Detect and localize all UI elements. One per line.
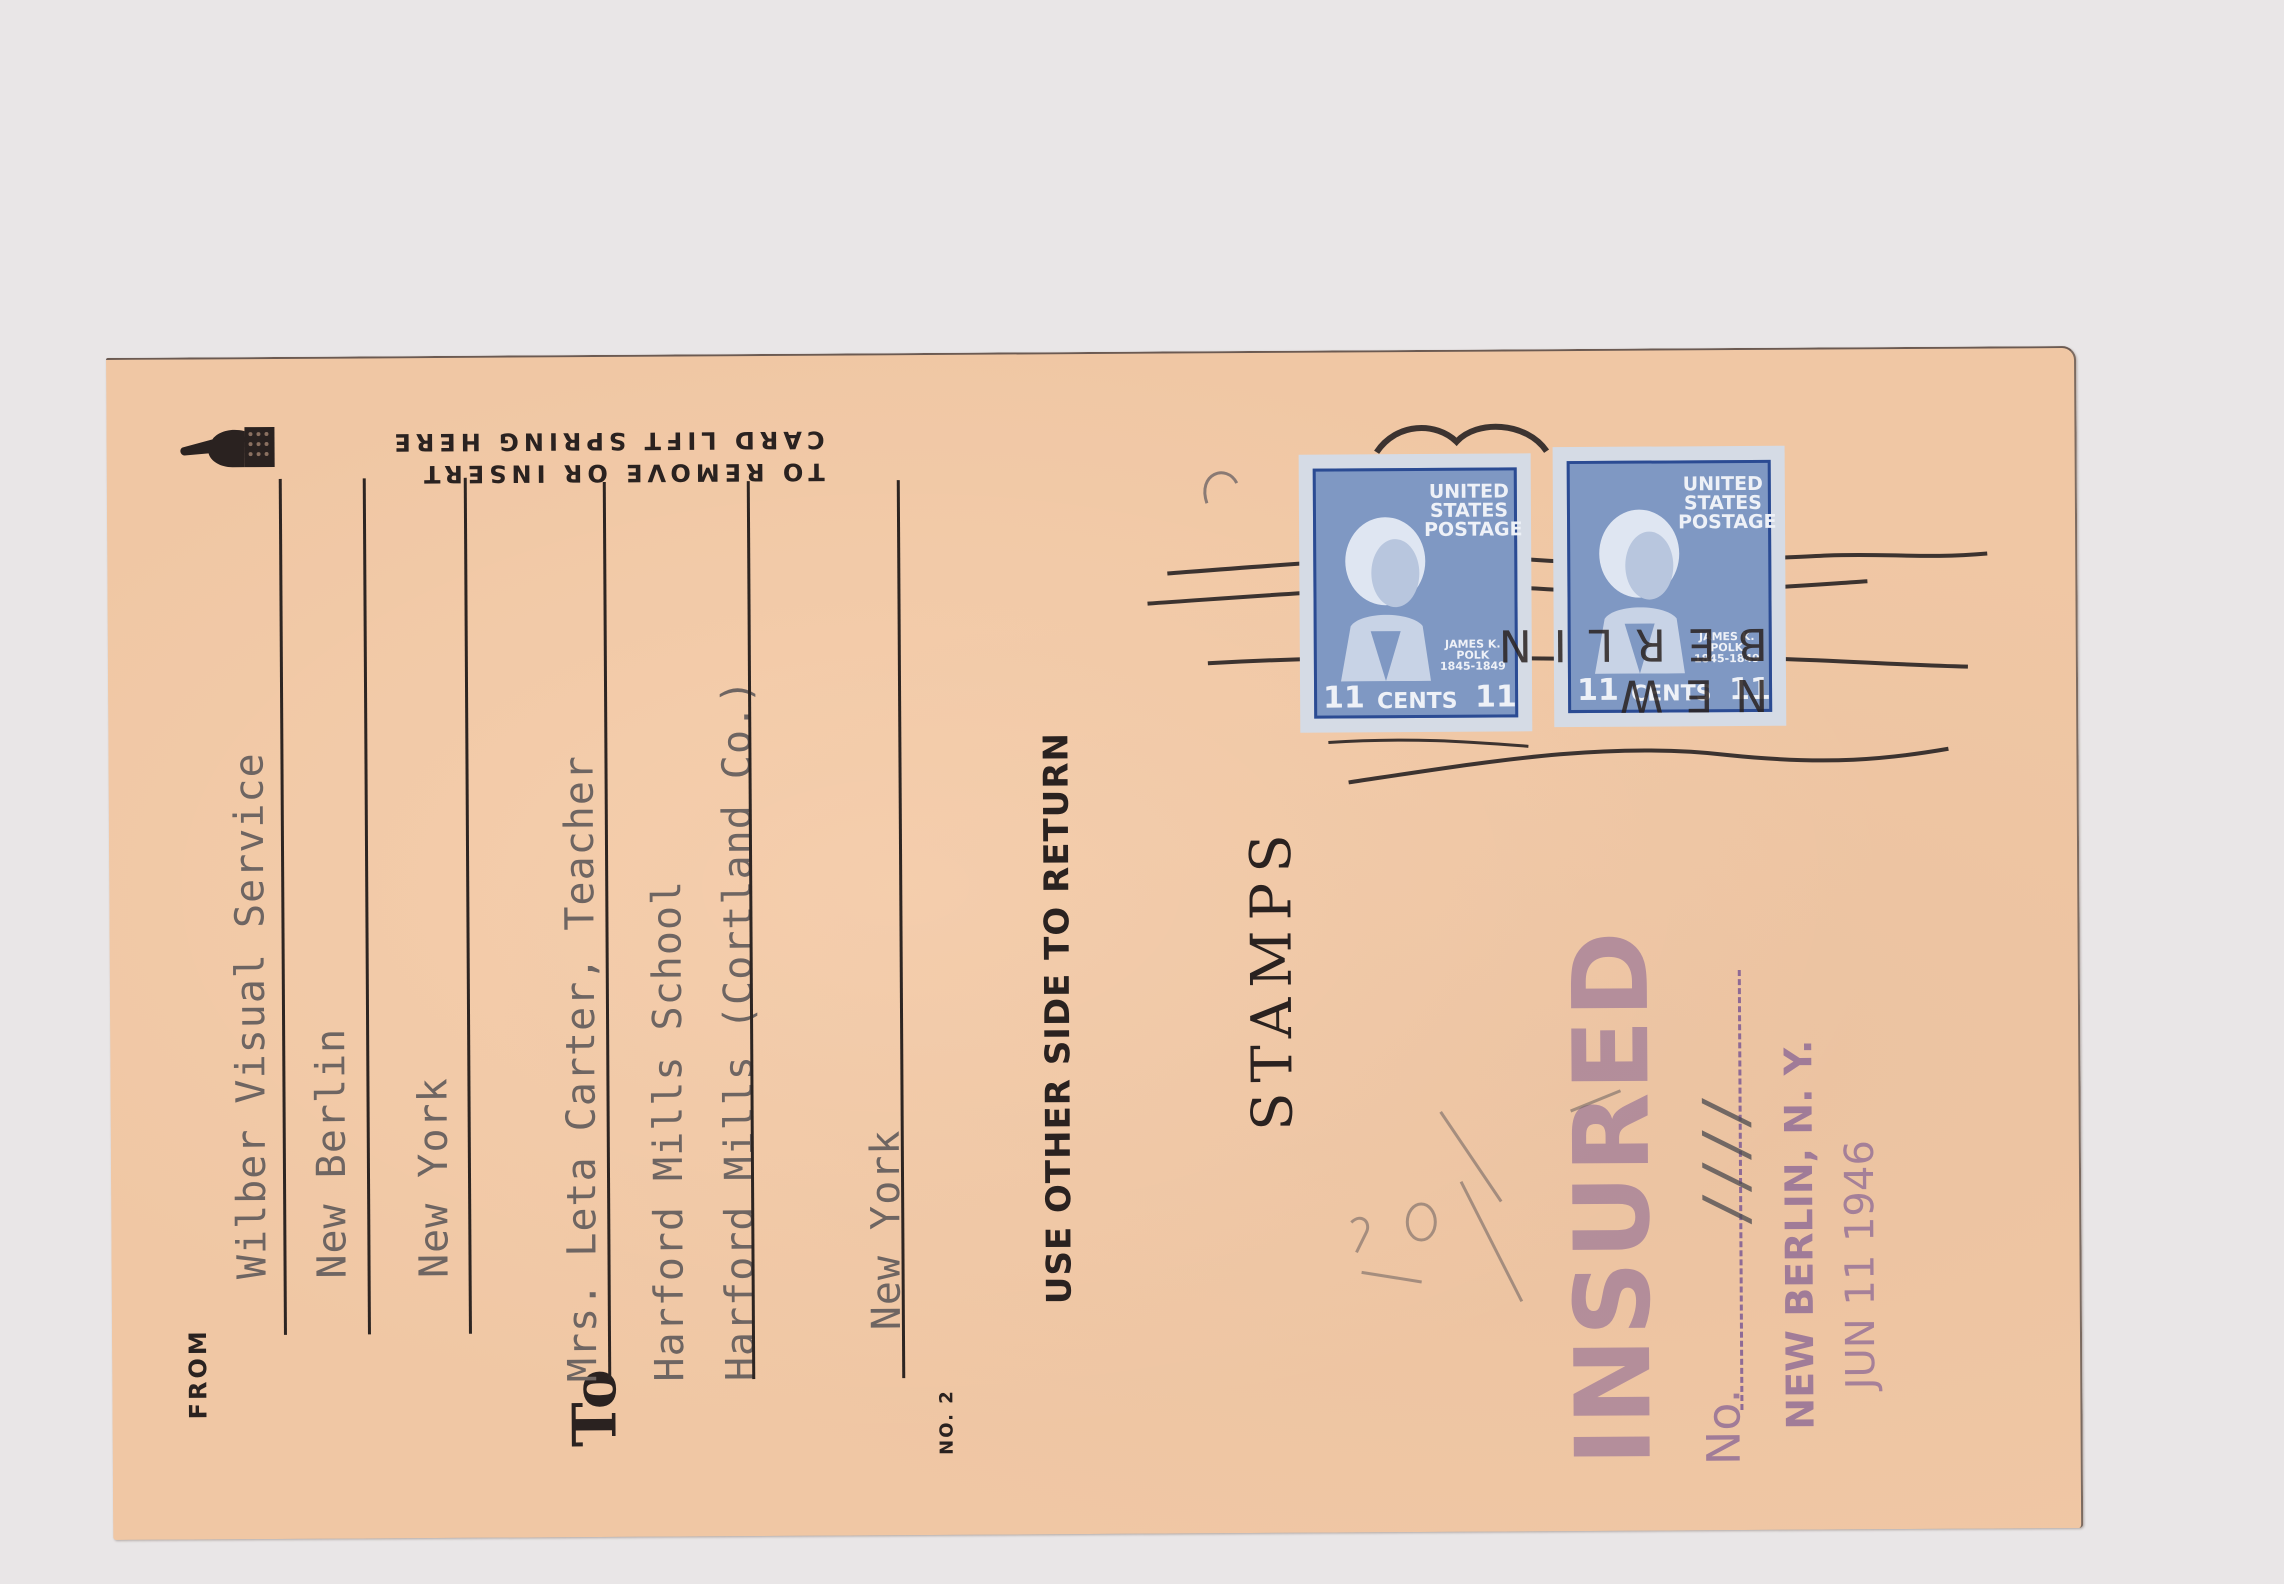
to-line-1: Mrs. Leta Carter, Teacher [556, 755, 606, 1382]
from-rule-2 [363, 478, 371, 1334]
pointing-hand-icon [178, 425, 278, 476]
return-note: USE OTHER SIDE TO RETURN [1036, 732, 1079, 1304]
postcard: TO REMOVE OR INSERT CARD LIFT SPRING HER… [106, 346, 2083, 1540]
to-line-3: Harford Mills (Cortland Co.) [714, 679, 764, 1382]
insured-date: JUN 11 1946 [1837, 1140, 1885, 1389]
insured-office: NEW BERLIN, N. Y. [1776, 1039, 1822, 1429]
stamps-label: STAMPS [1239, 824, 1306, 1131]
cancellation-postmark: NEW BERLIN [1348, 618, 1769, 723]
insured-number-value: //// [1691, 1091, 1762, 1220]
from-line-2: New Berlin [308, 1028, 356, 1279]
form-number: NO. 2 [936, 1389, 957, 1455]
to-line-2: Harford Mills School [644, 880, 693, 1382]
instruction-line-1: TO REMOVE OR INSERT [419, 458, 825, 488]
from-rule-3 [464, 478, 472, 1334]
instruction-line-2: CARD LIFT SPRING HERE [389, 426, 824, 457]
from-rule-1 [279, 479, 287, 1335]
from-line-1: Wilber Visual Service [226, 752, 275, 1279]
from-line-3: New York [410, 1077, 457, 1278]
from-label: FROM [184, 1328, 213, 1419]
pencil-notation [1310, 1071, 1632, 1333]
